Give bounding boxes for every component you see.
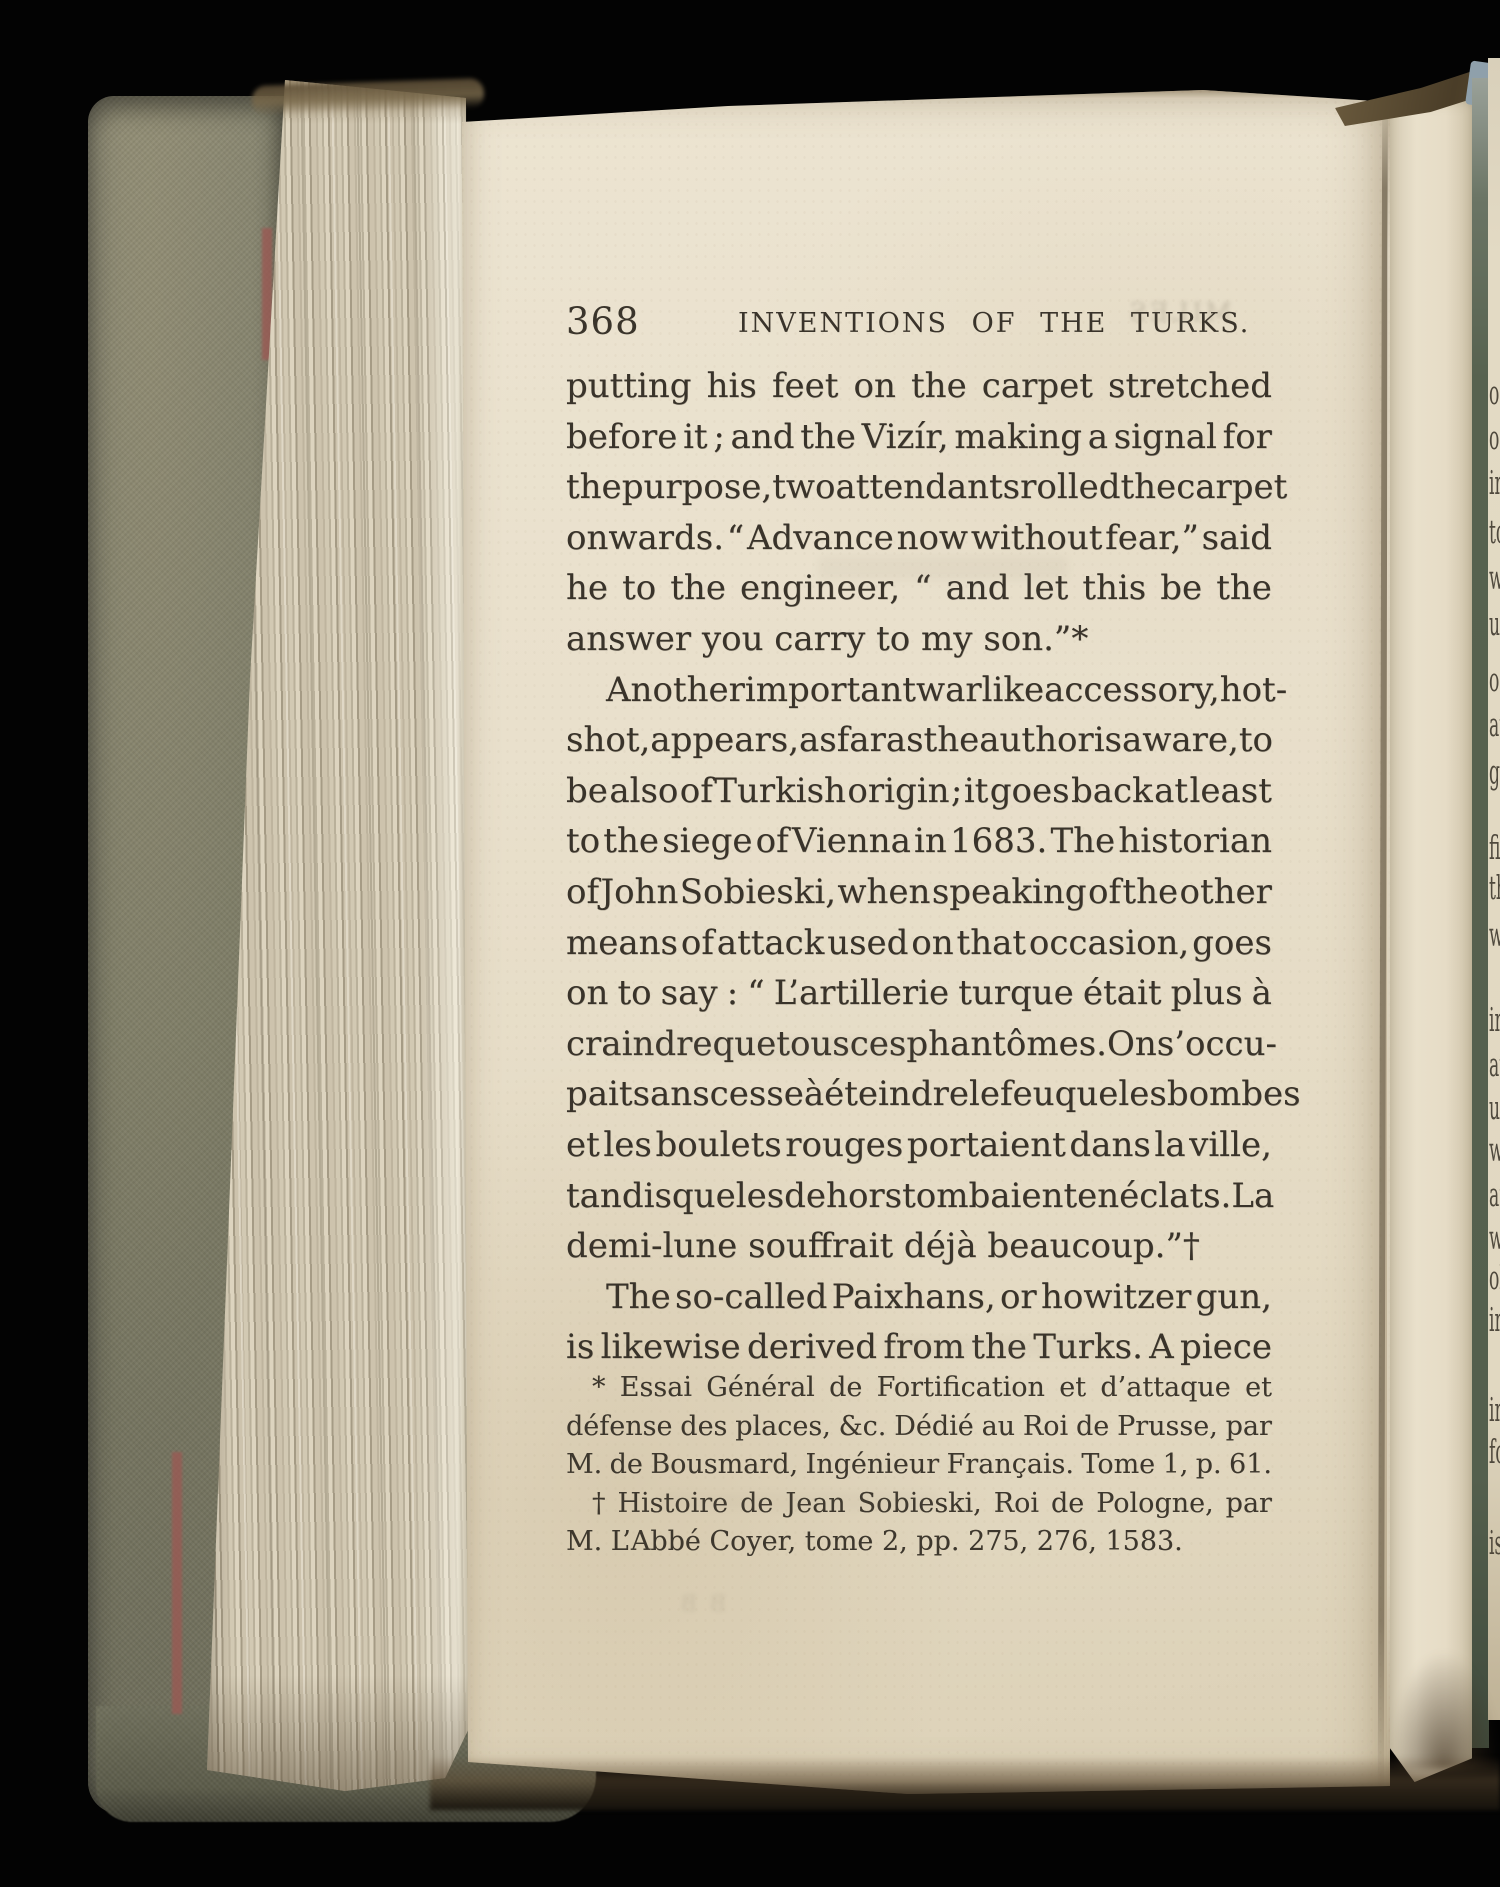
body-line: shot,appears,asfarastheauthorisaware,to (566, 720, 1272, 771)
footnote-line: défensedesplaces,&c.DédiéauRoidePrusse,p… (566, 1411, 1272, 1450)
page-number: 368 (566, 300, 640, 343)
facing-fragment: wi (1489, 1218, 1500, 1257)
ghost-text: B B (678, 1592, 726, 1617)
facing-fragment: to (1489, 512, 1500, 551)
facing-fragment: art (1489, 1175, 1500, 1214)
body-line: bealsoofTurkishorigin;itgoesbackatleast (566, 771, 1272, 822)
facing-fragment: in (1489, 463, 1500, 502)
page-bottom-edge-shadow (430, 1756, 1500, 1810)
body-line: paitsanscesseàéteindrelefeuquelesbombes (566, 1074, 1272, 1125)
body-line: tandisquelesdehorstombaientenéclats.La (566, 1176, 1272, 1227)
facing-fragment: gu (1489, 752, 1500, 791)
body-line: answer you carry to my son.”* (566, 619, 1272, 670)
gutter-leaf-edge (1390, 92, 1472, 1782)
facing-fragment: un (1489, 604, 1500, 643)
facing-fragment: is b (1489, 1523, 1500, 1562)
facing-fragment: in (1489, 1000, 1500, 1039)
facing-fragment: wa (1489, 915, 1500, 954)
footnote-line: M.deBousmard,IngénieurFrançais.Tome1,p.6… (566, 1449, 1272, 1488)
facing-fragment: at (1489, 1045, 1500, 1084)
facing-cover-edge (1472, 78, 1489, 1748)
facing-fragment: in (1489, 1390, 1500, 1429)
book-page: 368 INVENTIONS OF THE TURKS. puttinghisf… (458, 86, 1390, 1798)
body-line: meansofattackusedonthatoccasion,goes (566, 923, 1272, 974)
ghost-text: MILES (1126, 298, 1232, 328)
body-line: ontosay:“L’artillerieturqueétaitplusà (566, 973, 1272, 1024)
facing-fragment: for (1489, 1432, 1500, 1471)
footnote-line: M. L’Abbé Coyer, tome 2, pp. 275, 276, 1… (566, 1526, 1272, 1565)
facing-fragment: wh (1489, 1130, 1500, 1169)
ghost-smudge (608, 1036, 918, 1058)
body-line: Theso-calledPaixhans,orhowitzergun, (566, 1277, 1272, 1328)
facing-fragment: in (1489, 1300, 1500, 1339)
ghost-smudge (658, 1492, 938, 1510)
gutter-bottom-shadow (1388, 1650, 1500, 1770)
body-line: puttinghisfeetonthecarpetstretched (566, 366, 1272, 417)
facing-page-text-fragments: ofonintowaunocatgufirthwainatuswhartwiob… (1489, 0, 1500, 1887)
body-text: puttinghisfeetonthecarpetstretchedbefore… (566, 366, 1272, 1378)
body-line: ofJohnSobieski,whenspeakingoftheother (566, 872, 1272, 923)
gutter-crease-highlight (1387, 120, 1390, 1770)
facing-fragment: us (1489, 1088, 1500, 1127)
body-line: beforeit;andtheVizír,makingasignalfor (566, 417, 1272, 468)
footnote-line: *EssaiGénéraldeFortificationetd’attaquee… (566, 1372, 1272, 1411)
facing-fragment: obe (1489, 1258, 1500, 1297)
facing-fragment: fir (1489, 828, 1500, 867)
body-line: Anotherimportantwarlikeaccessory,hot- (566, 670, 1272, 721)
facing-fragment: on (1489, 418, 1500, 457)
footnotes: *EssaiGénéraldeFortificationetd’attaquee… (566, 1372, 1272, 1565)
facing-fragment: of (1489, 373, 1500, 412)
facing-fragment: oc (1489, 660, 1500, 699)
body-line: tothesiegeofViennain1683.Thehistorian (566, 821, 1272, 872)
body-line: etlesbouletsrougesportaientdanslaville, (566, 1125, 1272, 1176)
book-photo-scene: 368 INVENTIONS OF THE TURKS. puttinghisf… (0, 0, 1500, 1887)
facing-fragment: at (1489, 705, 1500, 744)
ghost-smudge (818, 556, 1068, 580)
ghost-smudge (888, 1336, 1108, 1356)
body-line: thepurpose,twoattendantsrolledthecarpet (566, 467, 1272, 518)
facing-fragment: th (1489, 868, 1500, 907)
endpaper-edge-bottom (172, 1452, 182, 1714)
body-line: demi-lune souffrait déjà beaucoup.”† (566, 1226, 1272, 1277)
facing-fragment: wa (1489, 558, 1500, 597)
